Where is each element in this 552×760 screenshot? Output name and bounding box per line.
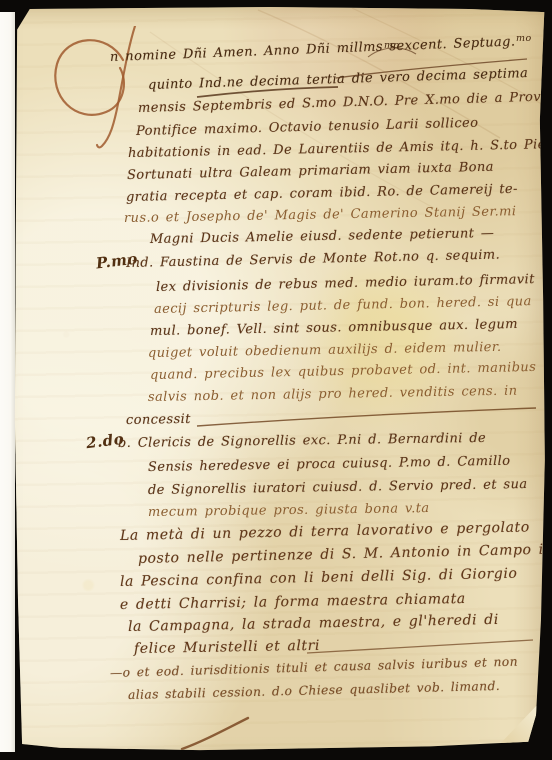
initial-stem (97, 26, 135, 147)
manuscript-line: quinto Ind.ne decima tertia die vero dec… (148, 66, 529, 93)
manuscript-line: concessit (126, 412, 191, 428)
manuscript-line: mul. bonef. Vell. sint sous. omnibusque … (150, 317, 518, 339)
manuscript-line: la Campagna, la strada maestra, e gl'her… (128, 613, 499, 635)
bottom-flourish (182, 718, 248, 749)
manuscript-line: salvis nob. et non alijs pro hered. vend… (148, 384, 518, 405)
manuscript-line: la Pescina confina con li beni delli Sig… (120, 567, 518, 590)
manuscript-line: lex divisionis de rebus med. medio iuram… (156, 272, 535, 295)
manuscript-line: Pontifice maximo. Octavio tenusio Larii … (136, 116, 479, 139)
manuscript-line: b. Clericis de Signorellis exc. P.ni d. … (118, 431, 486, 451)
manuscript-line: mensis Septembris ed S.mo D.N.O. Pre X.m… (138, 89, 552, 116)
manuscript-line: habitationis in ead. De Laurentiis de Am… (128, 137, 551, 161)
dog-ear-fold (498, 702, 540, 746)
manuscript-line: alias stabili cession. d.o Chiese quasli… (128, 679, 500, 703)
manuscript-page: mo mo P.mo 2.do n nomine Dñi Amen. Anno … (0, 0, 552, 760)
manuscript-line: posto nelle pertinenze di S. M. Antonio … (138, 542, 552, 567)
manuscript-line: quiget voluit obedienum auxilijs d. eide… (148, 340, 502, 361)
manuscript-line: de Signorellis iuratori cuiusd. d. Servi… (148, 477, 528, 498)
under-sheet (0, 12, 15, 752)
manuscript-line: quand. precibus lex quibus probavet od. … (150, 360, 537, 383)
manuscript-line: e detti Charrisi; la forma maestra chiam… (120, 592, 466, 613)
ink-rule-1 (197, 408, 536, 426)
manuscript-line: Sensis heredesve ei proca cuiusq. P.mo d… (148, 454, 511, 475)
manuscript-line: n nomine Dñi Amen. Anno Dñi millms sexce… (110, 34, 516, 65)
manuscript-line: felice Muristelli et altri (134, 639, 320, 657)
manuscript-line: La metà di un pezzo di terra lavorativo … (120, 520, 530, 544)
manuscript-line: gratia recepta et cap. coram ibid. Ro. d… (126, 182, 518, 205)
manuscript-line: aecij scripturis leg. put. de fund. bon.… (154, 294, 532, 317)
ink-rule-2 (307, 640, 533, 653)
abbreviation-mark: mo (516, 33, 532, 44)
manuscript-line: Ind. Faustina de Servis de Monte Rot.no … (126, 248, 500, 271)
manuscript-line: Magni Ducis Amelie eiusd. sedente petier… (150, 226, 495, 247)
manuscript-line: —o et eod. iurisditionis tituli et causa… (110, 655, 518, 681)
photo-background: mo mo P.mo 2.do n nomine Dñi Amen. Anno … (0, 0, 552, 760)
manuscript-line: Sortunati ultra Galeam primariam viam iu… (127, 160, 494, 183)
manuscript-line: rus.o et Josepho de' Magis de' Camerino … (124, 204, 517, 226)
manuscript-line: mecum probique pros. giusta bona v.ta (148, 501, 430, 520)
